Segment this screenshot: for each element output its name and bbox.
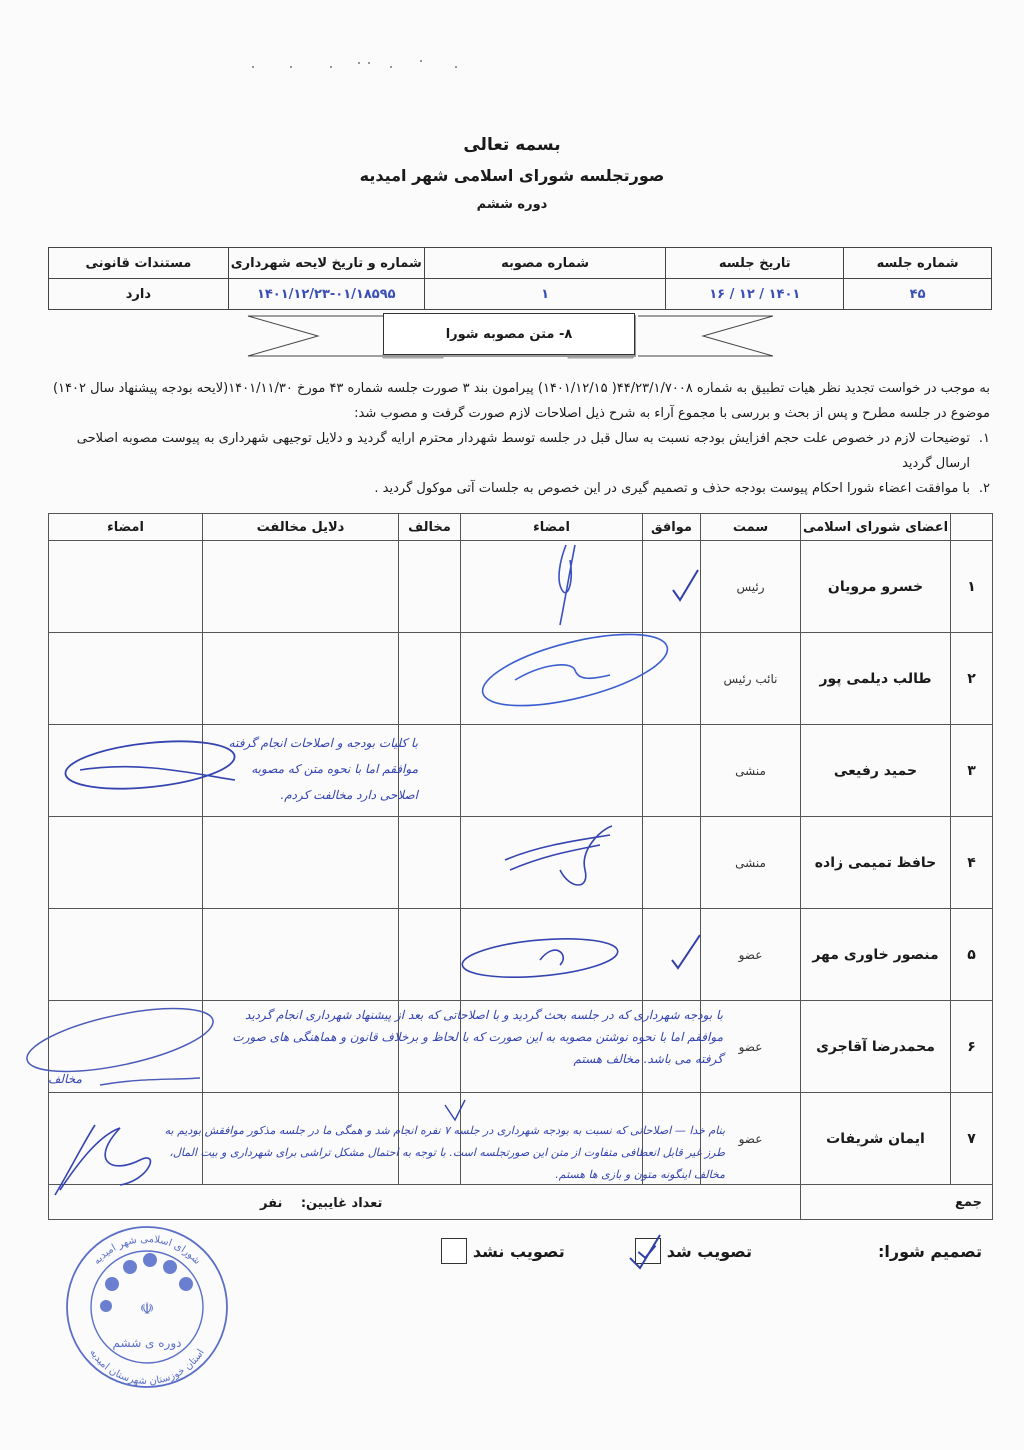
- svg-text:دوره ی ششم: دوره ی ششم: [113, 1336, 182, 1351]
- checkmark-icon: [672, 935, 700, 968]
- row6-margin-note: مخالف: [48, 1072, 82, 1086]
- signature-icon: [461, 933, 620, 982]
- signature-icon: [55, 1125, 150, 1195]
- stamp-icon: ☫ شورای اسلامی شهر امیدیه استان خوزستان …: [62, 1222, 232, 1392]
- row6-disagree-reason: با بودجه شهرداری که در جلسه بحث گردید و …: [228, 1004, 723, 1070]
- svg-text:☫: ☫: [140, 1299, 154, 1318]
- row3-disagree-reason: با کلیات بودجه و اصلاحات انجام گرفته موا…: [228, 730, 418, 808]
- signature-icon: [559, 545, 575, 625]
- checkmark-icon: [673, 570, 698, 600]
- signature-icon: [476, 620, 674, 720]
- svg-text:استان خوزستان شهرستان امیدیه: استان خوزستان شهرستان امیدیه: [87, 1347, 207, 1387]
- row7-disagree-reason: بنام خدا — اصلاحاتی که نسبت به بودجه شهر…: [160, 1120, 725, 1186]
- signature-icon: [63, 734, 237, 796]
- council-stamp: ☫ شورای اسلامی شهر امیدیه استان خوزستان …: [62, 1222, 232, 1392]
- minutes-document: بسمه تعالی صورتجلسه شورای اسلامی شهر امی…: [0, 0, 1024, 1450]
- signature-icon: [505, 826, 612, 885]
